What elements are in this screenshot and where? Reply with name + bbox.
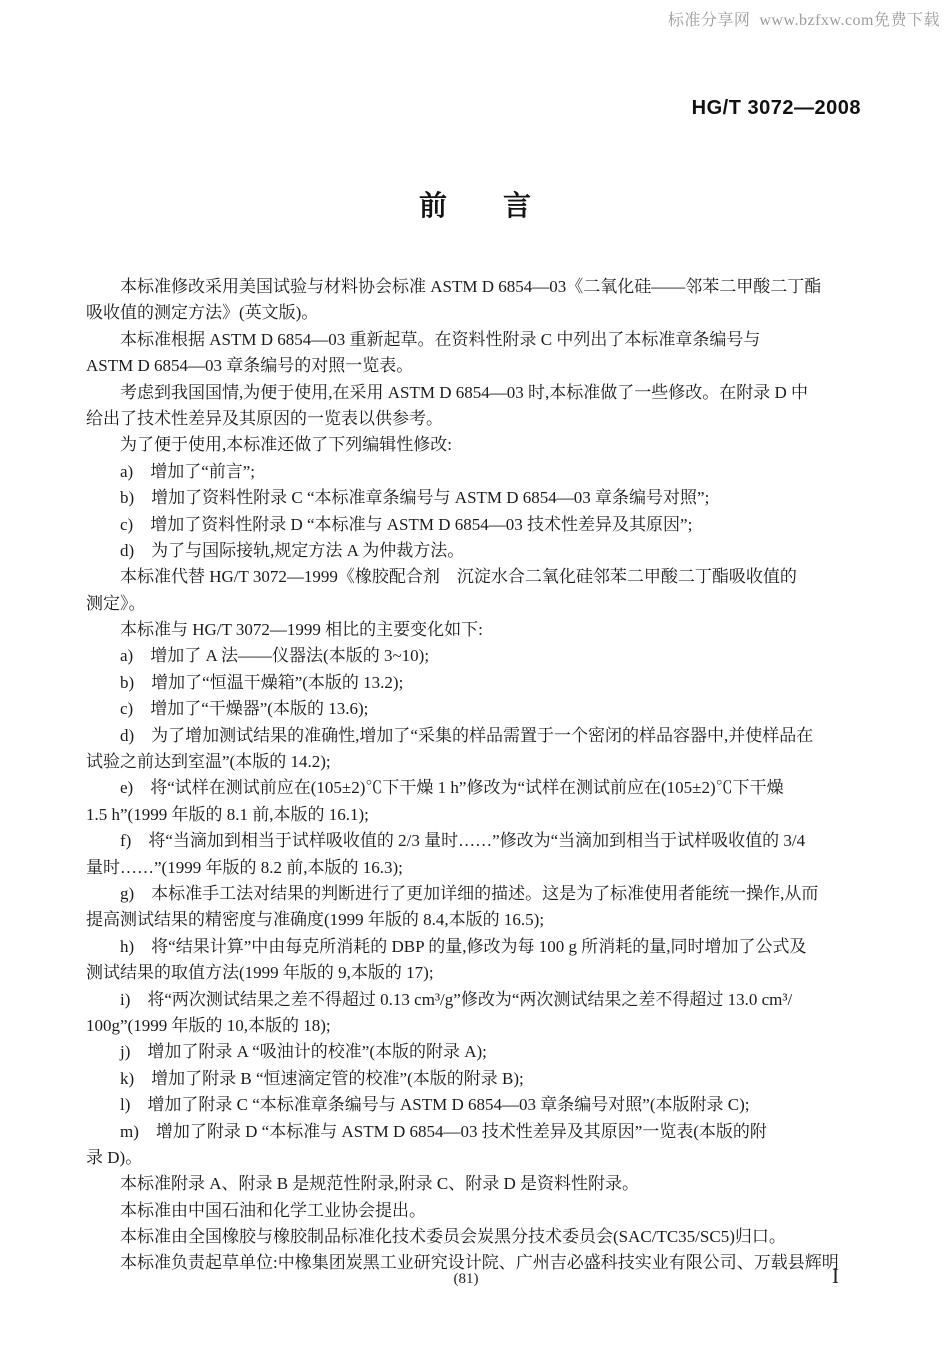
body-line: b) 增加了“恒温干燥箱”(本版的 13.2); bbox=[86, 670, 870, 696]
body-line: g) 本标准手工法对结果的判断进行了更加详细的描述。这是为了标准使用者能统一操作… bbox=[86, 881, 870, 907]
body-line: a) 增加了“前言”; bbox=[86, 459, 870, 485]
body-line: f) 将“当滴加到相当于试样吸收值的 2/3 量时……”修改为“当滴加到相当于试… bbox=[86, 828, 870, 854]
body-line: c) 增加了资料性附录 D “本标准与 ASTM D 6854—03 技术性差异… bbox=[86, 512, 870, 538]
document-page: { "page": { "watermark": "标准分享网 www.bzfx… bbox=[0, 0, 950, 1349]
body-line: j) 增加了附录 A “吸油计的校准”(本版的附录 A); bbox=[86, 1039, 870, 1065]
body-line: 1.5 h”(1999 年版的 8.1 前,本版的 16.1); bbox=[86, 802, 870, 828]
body-line: a) 增加了 A 法——仪器法(本版的 3~10); bbox=[86, 643, 870, 669]
body-text: 本标准修改采用美国试验与材料协会标准 ASTM D 6854—03《二氧化硅——… bbox=[86, 274, 870, 1277]
page-title: 前 言 bbox=[0, 184, 950, 224]
body-line: m) 增加了附录 D “本标准与 ASTM D 6854—03 技术性差异及其原… bbox=[86, 1119, 870, 1145]
body-line: 量时……”(1999 年版的 8.2 前,本版的 16.3); bbox=[86, 855, 870, 881]
body-line: b) 增加了资料性附录 C “本标准章条编号与 ASTM D 6854—03 章… bbox=[86, 485, 870, 511]
body-line: 本标准根据 ASTM D 6854—03 重新起草。在资料性附录 C 中列出了本… bbox=[86, 327, 870, 353]
body-line: 吸收值的测定方法》(英文版)。 bbox=[86, 300, 870, 326]
doc-number: HG/T 3072—2008 bbox=[692, 97, 861, 120]
body-line: 本标准附录 A、附录 B 是规范性附录,附录 C、附录 D 是资料性附录。 bbox=[86, 1171, 870, 1197]
body-line: d) 为了与国际接轨,规定方法 A 为仲裁方法。 bbox=[86, 538, 870, 564]
page-number-center: (81) bbox=[86, 1271, 846, 1288]
body-line: 提高测试结果的精密度与准确度(1999 年版的 8.4,本版的 16.5); bbox=[86, 907, 870, 933]
body-line: 录 D)。 bbox=[86, 1145, 870, 1171]
body-line: d) 为了增加测试结果的准确性,增加了“采集的样品需置于一个密闭的样品容器中,并… bbox=[86, 723, 870, 749]
body-line: i) 将“两次测试结果之差不得超过 0.13 cm³/g”修改为“两次测试结果之… bbox=[86, 987, 870, 1013]
body-line: l) 增加了附录 C “本标准章条编号与 ASTM D 6854—03 章条编号… bbox=[86, 1092, 870, 1118]
body-line: 本标准由全国橡胶与橡胶制品标准化技术委员会炭黑分技术委员会(SAC/TC35/S… bbox=[86, 1224, 870, 1250]
body-line: 100g”(1999 年版的 10,本版的 18); bbox=[86, 1013, 870, 1039]
body-line: 给出了技术性差异及其原因的一览表以供参考。 bbox=[86, 406, 870, 432]
body-line: 测定》。 bbox=[86, 591, 870, 617]
body-line: 考虑到我国国情,为便于使用,在采用 ASTM D 6854—03 时,本标准做了… bbox=[86, 380, 870, 406]
body-line: 本标准由中国石油和化学工业协会提出。 bbox=[86, 1198, 870, 1224]
body-line: k) 增加了附录 B “恒速滴定管的校准”(本版的附录 B); bbox=[86, 1066, 870, 1092]
body-line: e) 将“试样在测试前应在(105±2)℃下干燥 1 h”修改为“试样在测试前应… bbox=[86, 775, 870, 801]
page-number-roman: I bbox=[832, 1264, 839, 1289]
watermark-text: 标准分享网 www.bzfxw.com免费下载 bbox=[668, 7, 940, 30]
body-line: 本标准代替 HG/T 3072—1999《橡胶配合剂 沉淀水合二氧化硅邻苯二甲酸… bbox=[86, 564, 870, 590]
body-line: 试验之前达到室温”(本版的 14.2); bbox=[86, 749, 870, 775]
body-line: 为了便于使用,本标准还做了下列编辑性修改: bbox=[86, 432, 870, 458]
body-line: ASTM D 6854—03 章条编号的对照一览表。 bbox=[86, 353, 870, 379]
body-line: c) 增加了“干燥器”(本版的 13.6); bbox=[86, 696, 870, 722]
body-line: h) 将“结果计算”中由每克所消耗的 DBP 的量,修改为每 100 g 所消耗… bbox=[86, 934, 870, 960]
body-line: 本标准与 HG/T 3072—1999 相比的主要变化如下: bbox=[86, 617, 870, 643]
body-line: 本标准修改采用美国试验与材料协会标准 ASTM D 6854—03《二氧化硅——… bbox=[86, 274, 870, 300]
body-line: 测试结果的取值方法(1999 年版的 9,本版的 17); bbox=[86, 960, 870, 986]
